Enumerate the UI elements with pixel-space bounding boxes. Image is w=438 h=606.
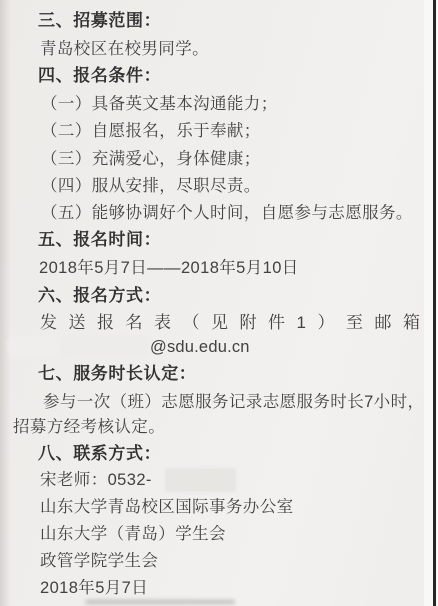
section-4-heading: 四、报名条件： <box>38 66 161 86</box>
page-left-edge-shadow <box>0 0 11 606</box>
cut-off-text-smudge <box>85 600 235 604</box>
contact-teacher-phone: 宋老师：0532- <box>40 470 152 490</box>
redacted-email-user-blur-2 <box>64 338 148 355</box>
service-hours-line-1: 参与一次（班）志愿服务记录志愿服务时长7小时，由 <box>43 392 438 412</box>
service-hours-line-2: 招募方经考核认定。 <box>13 417 165 437</box>
section-3-body: 青岛校区在校男同学。 <box>40 39 209 59</box>
redacted-email-user-blur-1 <box>10 339 57 354</box>
condition-item-1: （一）具备英文基本沟通能力； <box>41 94 278 114</box>
section-7-heading: 七、服务时长认定： <box>38 364 196 384</box>
section-6-heading: 六、报名方式： <box>38 286 161 306</box>
section-8-heading: 八、联系方式： <box>38 444 161 464</box>
condition-item-4: （四）服从安排，尽职尽责。 <box>41 176 261 196</box>
condition-item-2: （二）自愿报名，乐于奉献； <box>41 121 261 141</box>
signature-college-union: 政管学院学生会 <box>40 551 158 571</box>
signature-office: 山东大学青岛校区国际事务办公室 <box>40 497 294 517</box>
condition-item-3: （三）充满爱心，身体健康； <box>41 149 261 169</box>
application-method-line: 发送报名表（见附件1）至邮箱 <box>40 313 431 333</box>
page-right-white-strip <box>424 0 433 606</box>
signature-date: 2018年5月7日 <box>40 578 148 598</box>
section-3-heading: 三、招募范围： <box>38 11 161 31</box>
section-5-heading: 五、报名时间： <box>38 230 161 250</box>
email-domain: @sdu.edu.cn <box>150 337 250 357</box>
signature-student-union: 山东大学（青岛）学生会 <box>40 524 226 544</box>
redacted-phone-number-blur <box>166 469 235 491</box>
condition-item-5: （五）能够协调好个人时间，自愿参与志愿服务。 <box>41 203 413 223</box>
document-photo: 三、招募范围： 青岛校区在校男同学。 四、报名条件： （一）具备英文基本沟通能力… <box>0 0 438 606</box>
application-dates: 2018年5月7日——2018年5月10日 <box>39 258 299 278</box>
